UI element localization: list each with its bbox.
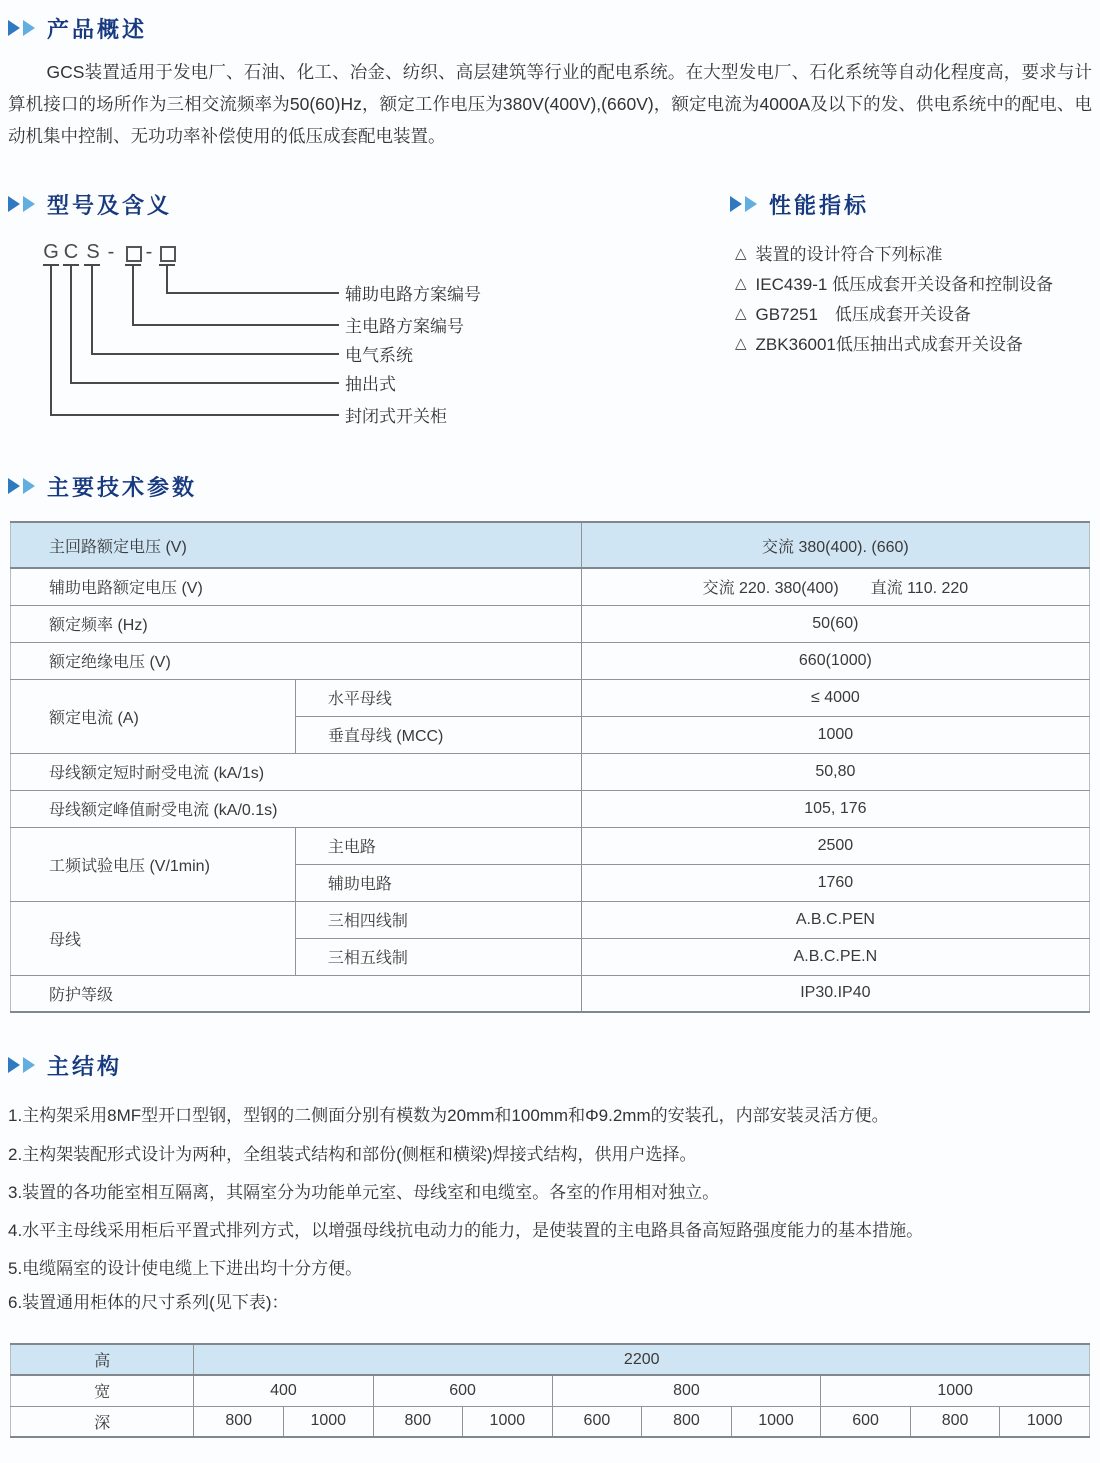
arrow-icon-dark <box>8 1057 20 1073</box>
performance-item-text: ZBK36001低压抽出式成套开关设备 <box>756 330 1023 355</box>
model-label: 辅助电路方案编号 <box>345 280 481 305</box>
performance-item: △ ZBK36001低压抽出式成套开关设备 <box>735 330 1023 355</box>
model-label: 主电路方案编号 <box>345 312 464 337</box>
dim-depth-value: 800 <box>194 1406 284 1437</box>
performance-item-text: IEC439-1 低压成套开关设备和控制设备 <box>756 270 1054 295</box>
dim-depth-value: 1000 <box>463 1406 553 1437</box>
model-code-separator: - <box>106 241 116 264</box>
performance-item: △ 装置的设计符合下列标准 <box>735 240 943 265</box>
structure-item: 4.水平主母线采用柜后平置式排列方式，以增强母线抗电动力的能力，是使装置的主电路… <box>8 1216 923 1241</box>
param-row: 工频试验电压 (V/1min) 主电路 2500 <box>11 827 1090 864</box>
param-sub-cell: 水平母线 <box>295 679 581 716</box>
model-connector-line <box>50 265 339 416</box>
model-label: 电气系统 <box>345 341 413 366</box>
model-label: 封闭式开关柜 <box>345 402 447 427</box>
triangle-bullet-icon: △ <box>735 244 747 262</box>
param-label-cell: 母线 <box>11 901 296 975</box>
arrow-icon-light <box>23 1057 35 1073</box>
param-row: 防护等级 IP30.IP40 <box>11 975 1090 1012</box>
dim-depth-value: 600 <box>552 1406 642 1437</box>
section-heading-overview: 产品概述 <box>8 14 147 42</box>
model-code-separator: - <box>144 241 154 264</box>
overview-paragraph: GCS装置适用于发电厂、石油、化工、冶金、纺织、高层建筑等行业的配电系统。在大型… <box>8 56 1092 152</box>
structure-item: 3.装置的各功能室相互隔离，其隔室分为功能单元室、母线室和电缆室。各室的作用相对… <box>8 1178 719 1203</box>
param-label-cell: 防护等级 <box>11 975 582 1012</box>
structure-item: 1.主构架采用8MF型开口型钢，型钢的二侧面分别有模数为20mm和100mm和Φ… <box>8 1101 889 1126</box>
dim-height-value: 2200 <box>194 1344 1090 1375</box>
dim-depth-value: 800 <box>642 1406 732 1437</box>
param-label-cell: 额定电流 (A) <box>11 679 296 753</box>
param-value-cell: 交流 220. 380(400) 直流 110. 220 <box>581 568 1089 605</box>
param-label-cell: 主回路额定电压 (V) <box>11 522 582 568</box>
arrow-icon-dark <box>8 478 20 494</box>
param-sub-cell: 主电路 <box>295 827 581 864</box>
arrow-icon-light <box>23 196 35 212</box>
param-value-cell: 50,80 <box>581 753 1089 790</box>
structure-item: 2.主构架装配形式设计为两种，全组装式结构和部份(侧框和横梁)焊接式结构，供用户… <box>8 1140 697 1165</box>
param-row: 母线额定峰值耐受电流 (kA/0.1s) 105, 176 <box>11 790 1090 827</box>
param-sub-cell: 辅助电路 <box>295 864 581 901</box>
arrow-icon-light <box>23 20 35 36</box>
section-title: 性能指标 <box>769 189 869 220</box>
section-title: 产品概述 <box>47 13 147 44</box>
dim-depth-row: 深 800 1000 800 1000 600 800 1000 600 800… <box>11 1406 1090 1437</box>
param-value-cell: 交流 380(400). (660) <box>581 522 1089 568</box>
param-value-cell: 105, 176 <box>581 790 1089 827</box>
dim-depth-label: 深 <box>11 1406 194 1437</box>
dim-depth-value: 800 <box>373 1406 463 1437</box>
model-code-letter-c: C <box>63 241 79 264</box>
performance-item-text: 装置的设计符合下列标准 <box>756 240 943 265</box>
section-title: 主结构 <box>47 1050 122 1081</box>
param-value-cell: 50(60) <box>581 605 1089 642</box>
param-value-cell: 1760 <box>581 864 1089 901</box>
arrow-icon-light <box>23 478 35 494</box>
arrow-icon-dark <box>730 196 742 212</box>
dim-width-value: 400 <box>194 1375 373 1406</box>
param-value-cell: ≤ 4000 <box>581 679 1089 716</box>
performance-item-text: GB7251 低压成套开关设备 <box>756 300 971 325</box>
parameters-table: 主回路额定电压 (V) 交流 380(400). (660) 辅助电路额定电压 … <box>10 521 1090 1013</box>
dim-width-value: 600 <box>373 1375 552 1406</box>
param-value-cell: 660(1000) <box>581 642 1089 679</box>
param-value-cell: 1000 <box>581 716 1089 753</box>
arrow-icon-light <box>745 196 757 212</box>
dim-depth-value: 1000 <box>1000 1406 1090 1437</box>
param-label-cell: 母线额定峰值耐受电流 (kA/0.1s) <box>11 790 582 827</box>
param-label-cell: 工频试验电压 (V/1min) <box>11 827 296 901</box>
performance-item: △ GB7251 低压成套开关设备 <box>735 300 971 325</box>
param-row: 母线 三相四线制 A.B.C.PEN <box>11 901 1090 938</box>
section-heading-model: 型号及含义 <box>8 190 172 218</box>
triangle-bullet-icon: △ <box>735 334 747 352</box>
model-code-box <box>160 246 176 262</box>
param-label-cell: 额定绝缘电压 (V) <box>11 642 582 679</box>
param-row: 额定绝缘电压 (V) 660(1000) <box>11 642 1090 679</box>
param-value-cell: A.B.C.PE.N <box>581 938 1089 975</box>
param-value-cell: A.B.C.PEN <box>581 901 1089 938</box>
model-code-letter-s: S <box>85 241 101 264</box>
param-row: 母线额定短时耐受电流 (kA/1s) 50,80 <box>11 753 1090 790</box>
model-code-letter-g: G <box>43 241 59 264</box>
param-label-cell: 额定频率 (Hz) <box>11 605 582 642</box>
structure-item: 5.电缆隔室的设计使电缆上下进出均十分方便。 <box>8 1254 362 1279</box>
param-value-cell: IP30.IP40 <box>581 975 1089 1012</box>
param-row: 主回路额定电压 (V) 交流 380(400). (660) <box>11 522 1090 568</box>
section-title: 主要技术参数 <box>47 471 197 502</box>
param-sub-cell: 三相四线制 <box>295 901 581 938</box>
dim-height-row: 高 2200 <box>11 1344 1090 1375</box>
dim-width-label: 宽 <box>11 1375 194 1406</box>
model-code-box <box>126 246 142 262</box>
dim-width-value: 1000 <box>821 1375 1090 1406</box>
param-value-cell: 2500 <box>581 827 1089 864</box>
param-row: 额定频率 (Hz) 50(60) <box>11 605 1090 642</box>
triangle-bullet-icon: △ <box>735 304 747 322</box>
dim-height-label: 高 <box>11 1344 194 1375</box>
performance-item: △ IEC439-1 低压成套开关设备和控制设备 <box>735 270 1053 295</box>
param-label-cell: 辅助电路额定电压 (V) <box>11 568 582 605</box>
dim-depth-value: 600 <box>821 1406 911 1437</box>
dim-depth-value: 1000 <box>283 1406 373 1437</box>
section-heading-performance: 性能指标 <box>730 190 869 218</box>
arrow-icon-dark <box>8 20 20 36</box>
param-label-cell: 母线额定短时耐受电流 (kA/1s) <box>11 753 582 790</box>
dim-width-row: 宽 400 600 800 1000 <box>11 1375 1090 1406</box>
dim-width-value: 800 <box>552 1375 821 1406</box>
dim-depth-value: 1000 <box>731 1406 821 1437</box>
param-sub-cell: 垂直母线 (MCC) <box>295 716 581 753</box>
param-row: 额定电流 (A) 水平母线 ≤ 4000 <box>11 679 1090 716</box>
dim-depth-value: 800 <box>910 1406 1000 1437</box>
dimensions-table: 高 2200 宽 400 600 800 1000 深 800 1000 800… <box>10 1343 1090 1438</box>
arrow-icon-dark <box>8 196 20 212</box>
model-label: 抽出式 <box>345 370 396 395</box>
datasheet-page: 产品概述 GCS装置适用于发电厂、石油、化工、冶金、纺织、高层建筑等行业的配电系… <box>0 0 1100 1463</box>
param-row: 辅助电路额定电压 (V) 交流 220. 380(400) 直流 110. 22… <box>11 568 1090 605</box>
section-title: 型号及含义 <box>47 189 172 220</box>
param-sub-cell: 三相五线制 <box>295 938 581 975</box>
structure-item: 6.装置通用柜体的尺寸系列(见下表)： <box>8 1288 289 1313</box>
triangle-bullet-icon: △ <box>735 274 747 292</box>
section-heading-parameters: 主要技术参数 <box>8 472 197 500</box>
section-heading-structure: 主结构 <box>8 1051 122 1079</box>
